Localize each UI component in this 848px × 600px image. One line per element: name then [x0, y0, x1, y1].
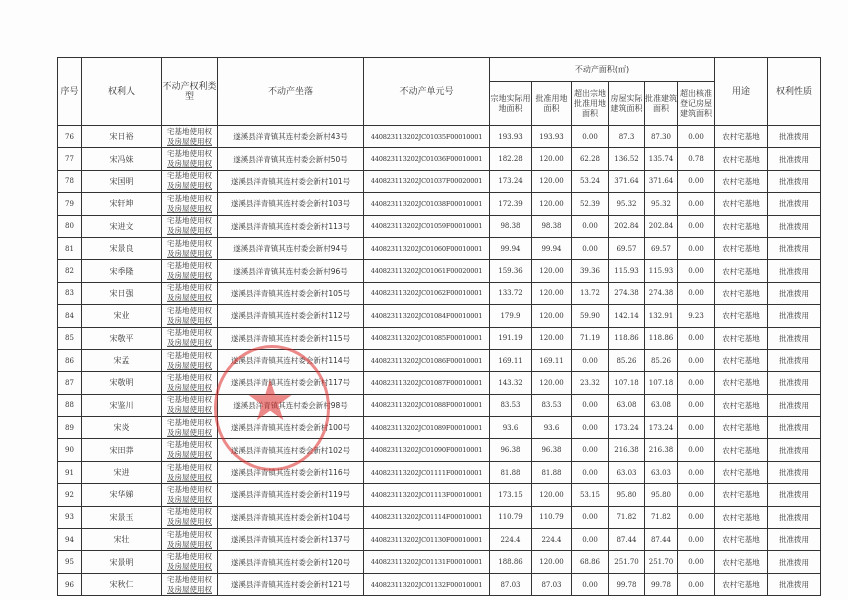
- cell-location: 遂溪县洋青镇其连村委会新村119号: [218, 484, 364, 506]
- cell-bldg-approved: 71.82: [645, 506, 678, 528]
- header-nature: 权利性质: [768, 58, 821, 126]
- right-type-line-2: 及房屋使用权: [162, 562, 217, 572]
- right-type-line-1: 宅基地使用权: [162, 306, 217, 316]
- cell-seq: 81: [58, 237, 82, 259]
- cell-land-approved: 193.93: [532, 126, 572, 148]
- cell-owner: 宋季隆: [82, 260, 162, 282]
- cell-right-type: 宅基地使用权 及房屋使用权: [162, 305, 218, 327]
- cell-right-type: 宅基地使用权 及房屋使用权: [162, 439, 218, 461]
- cell-nature: 批准拨用: [768, 327, 821, 349]
- cell-bldg-actual: 371.64: [609, 170, 645, 192]
- cell-seq: 78: [58, 170, 82, 192]
- right-type-line-2: 及房屋使用权: [162, 271, 217, 281]
- cell-seq: 76: [58, 126, 82, 148]
- right-type-line-2: 及房屋使用权: [162, 473, 217, 483]
- cell-usage: 农村宅基地: [715, 305, 768, 327]
- right-type-line-1: 宅基地使用权: [162, 395, 217, 405]
- cell-unit-no: 440823113202JC01035F00010001: [364, 126, 490, 148]
- cell-land-excess: 0.00: [572, 394, 609, 416]
- cell-owner: 宋壮: [82, 529, 162, 551]
- cell-unit-no: 440823113202JC01087F00010001: [364, 372, 490, 394]
- cell-right-type: 宅基地使用权 及房屋使用权: [162, 126, 218, 148]
- cell-seq: 92: [58, 484, 82, 506]
- cell-right-type: 宅基地使用权 及房屋使用权: [162, 506, 218, 528]
- header-land-approved: 批准用地面积: [532, 82, 572, 126]
- cell-land-approved: 120.00: [532, 484, 572, 506]
- cell-owner: 宋华娣: [82, 484, 162, 506]
- cell-land-excess: 23.32: [572, 372, 609, 394]
- cell-unit-no: 440823113202JC01038F00010001: [364, 193, 490, 215]
- cell-location: 遂溪县洋青镇其连村委会新村112号: [218, 305, 364, 327]
- cell-nature: 批准拨用: [768, 372, 821, 394]
- cell-unit-no: 440823113202JC01059F00010001: [364, 215, 490, 237]
- cell-usage: 农村宅基地: [715, 148, 768, 170]
- cell-bldg-approved: 115.93: [645, 260, 678, 282]
- cell-seq: 95: [58, 551, 82, 573]
- cell-bldg-excess: 0.00: [678, 439, 715, 461]
- cell-bldg-actual: 107.18: [609, 372, 645, 394]
- right-type-line-1: 宅基地使用权: [162, 485, 217, 495]
- cell-right-type: 宅基地使用权 及房屋使用权: [162, 484, 218, 506]
- cell-location: 遂溪县洋青镇其连村委会新村102号: [218, 439, 364, 461]
- cell-land-approved: 98.38: [532, 215, 572, 237]
- cell-usage: 农村宅基地: [715, 394, 768, 416]
- cell-bldg-excess: 0.00: [678, 461, 715, 483]
- cell-land-excess: 39.36: [572, 260, 609, 282]
- right-type-line-2: 及房屋使用权: [162, 405, 217, 415]
- table-row: 96 宋秋仁 宅基地使用权 及房屋使用权 遂溪县洋青镇其连村委会新村121号 4…: [58, 573, 821, 595]
- cell-owner: 宋炎: [82, 417, 162, 439]
- cell-owner: 宋景良: [82, 237, 162, 259]
- property-registry-table: 序号 权利人 不动产权利类型 不动产坐落 不动产单元号 不动产面积(㎡) 用途 …: [57, 57, 821, 596]
- cell-bldg-excess: 0.00: [678, 215, 715, 237]
- cell-seq: 83: [58, 282, 82, 304]
- cell-bldg-approved: 135.74: [645, 148, 678, 170]
- cell-bldg-actual: 115.93: [609, 260, 645, 282]
- right-type-line-2: 及房屋使用权: [162, 249, 217, 259]
- cell-land-actual: 193.93: [490, 126, 532, 148]
- cell-location: 遂溪县洋青镇其连村委会新村116号: [218, 461, 364, 483]
- cell-unit-no: 440823113202JC01114F00010001: [364, 506, 490, 528]
- cell-usage: 农村宅基地: [715, 349, 768, 371]
- cell-land-actual: 87.03: [490, 573, 532, 595]
- cell-bldg-actual: 71.82: [609, 506, 645, 528]
- cell-owner: 宋敬平: [82, 327, 162, 349]
- cell-right-type: 宅基地使用权 及房屋使用权: [162, 148, 218, 170]
- cell-land-actual: 143.32: [490, 372, 532, 394]
- cell-right-type: 宅基地使用权 及房屋使用权: [162, 372, 218, 394]
- cell-owner: 宋景明: [82, 551, 162, 573]
- right-type-line-1: 宅基地使用权: [162, 440, 217, 450]
- right-type-line-1: 宅基地使用权: [162, 328, 217, 338]
- cell-land-actual: 191.19: [490, 327, 532, 349]
- cell-unit-no: 440823113202JC01084F00010001: [364, 305, 490, 327]
- right-type-line-1: 宅基地使用权: [162, 418, 217, 428]
- right-type-line-1: 宅基地使用权: [162, 373, 217, 383]
- cell-right-type: 宅基地使用权 及房屋使用权: [162, 417, 218, 439]
- cell-bldg-excess: 0.00: [678, 573, 715, 595]
- cell-land-approved: 120.00: [532, 193, 572, 215]
- cell-right-type: 宅基地使用权 及房屋使用权: [162, 529, 218, 551]
- cell-land-approved: 120.00: [532, 372, 572, 394]
- cell-bldg-actual: 216.38: [609, 439, 645, 461]
- right-type-line-1: 宅基地使用权: [162, 351, 217, 361]
- cell-nature: 批准拨用: [768, 439, 821, 461]
- cell-bldg-excess: 0.00: [678, 417, 715, 439]
- cell-land-actual: 188.86: [490, 551, 532, 573]
- cell-location: 遂溪县洋青镇其连村委会新村43号: [218, 126, 364, 148]
- cell-seq: 88: [58, 394, 82, 416]
- cell-land-actual: 133.72: [490, 282, 532, 304]
- cell-bldg-excess: 0.00: [678, 529, 715, 551]
- cell-unit-no: 440823113202JC01130F00010001: [364, 529, 490, 551]
- cell-nature: 批准拨用: [768, 215, 821, 237]
- cell-seq: 93: [58, 506, 82, 528]
- cell-land-approved: 224.4: [532, 529, 572, 551]
- right-type-line-2: 及房屋使用权: [162, 383, 217, 393]
- cell-land-approved: 87.03: [532, 573, 572, 595]
- cell-land-approved: 99.94: [532, 237, 572, 259]
- cell-land-actual: 173.24: [490, 170, 532, 192]
- table-row: 92 宋华娣 宅基地使用权 及房屋使用权 遂溪县洋青镇其连村委会新村119号 4…: [58, 484, 821, 506]
- right-type-line-1: 宅基地使用权: [162, 261, 217, 271]
- cell-land-excess: 0.00: [572, 506, 609, 528]
- header-owner: 权利人: [82, 58, 162, 126]
- cell-location: 遂溪县洋青镇其连村委会新村117号: [218, 372, 364, 394]
- cell-unit-no: 440823113202JC01061F00020001: [364, 260, 490, 282]
- cell-location: 遂溪县洋青镇其连村委会新村115号: [218, 327, 364, 349]
- header-bldg-actual: 房屋实际建筑面积: [609, 82, 645, 126]
- cell-location: 遂溪县洋青镇其连村委会新村114号: [218, 349, 364, 371]
- table-row: 77 宋冯妹 宅基地使用权 及房屋使用权 遂溪县洋青镇其连村委会新村50号 44…: [58, 148, 821, 170]
- cell-nature: 批准拨用: [768, 148, 821, 170]
- cell-owner: 宋日裕: [82, 126, 162, 148]
- cell-bldg-excess: 0.00: [678, 282, 715, 304]
- right-type-line-2: 及房屋使用权: [162, 428, 217, 438]
- cell-bldg-actual: 85.26: [609, 349, 645, 371]
- cell-location: 遂溪县洋青镇其连村委会新村121号: [218, 573, 364, 595]
- right-type-line-1: 宅基地使用权: [162, 194, 217, 204]
- cell-usage: 农村宅基地: [715, 327, 768, 349]
- table-row: 86 宋孟 宅基地使用权 及房屋使用权 遂溪县洋青镇其连村委会新村114号 44…: [58, 349, 821, 371]
- cell-owner: 宋轩坤: [82, 193, 162, 215]
- cell-nature: 批准拨用: [768, 461, 821, 483]
- cell-nature: 批准拨用: [768, 237, 821, 259]
- cell-unit-no: 440823113202JC01089F00010001: [364, 417, 490, 439]
- cell-location: 遂溪县洋青镇其连村委会新村137号: [218, 529, 364, 551]
- cell-land-actual: 98.38: [490, 215, 532, 237]
- cell-nature: 批准拨用: [768, 126, 821, 148]
- cell-right-type: 宅基地使用权 及房屋使用权: [162, 237, 218, 259]
- cell-land-approved: 120.00: [532, 551, 572, 573]
- header-seq: 序号: [58, 58, 82, 126]
- table-row: 80 宋进文 宅基地使用权 及房屋使用权 遂溪县洋青镇其连村委会新村113号 4…: [58, 215, 821, 237]
- cell-bldg-approved: 132.91: [645, 305, 678, 327]
- right-type-line-1: 宅基地使用权: [162, 575, 217, 585]
- cell-land-excess: 0.00: [572, 417, 609, 439]
- cell-land-excess: 0.00: [572, 237, 609, 259]
- cell-right-type: 宅基地使用权 及房屋使用权: [162, 193, 218, 215]
- cell-right-type: 宅基地使用权 及房屋使用权: [162, 327, 218, 349]
- cell-usage: 农村宅基地: [715, 461, 768, 483]
- right-type-line-1: 宅基地使用权: [162, 171, 217, 181]
- cell-unit-no: 440823113202JC01088F00010001: [364, 394, 490, 416]
- table-row: 82 宋季隆 宅基地使用权 及房屋使用权 遂溪县洋青镇其连村委会新村96号 44…: [58, 260, 821, 282]
- table-body: 76 宋日裕 宅基地使用权 及房屋使用权 遂溪县洋青镇其连村委会新村43号 44…: [58, 126, 821, 596]
- cell-land-actual: 110.79: [490, 506, 532, 528]
- cell-nature: 批准拨用: [768, 551, 821, 573]
- cell-unit-no: 440823113202JC01085F00010001: [364, 327, 490, 349]
- cell-land-excess: 0.00: [572, 461, 609, 483]
- cell-nature: 批准拨用: [768, 529, 821, 551]
- cell-unit-no: 440823113202JC01132F00010001: [364, 573, 490, 595]
- cell-right-type: 宅基地使用权 及房屋使用权: [162, 573, 218, 595]
- right-type-line-2: 及房屋使用权: [162, 495, 217, 505]
- cell-right-type: 宅基地使用权 及房屋使用权: [162, 349, 218, 371]
- right-type-line-1: 宅基地使用权: [162, 149, 217, 159]
- table-row: 81 宋景良 宅基地使用权 及房屋使用权 遂溪县洋青镇其连村委会新村94号 44…: [58, 237, 821, 259]
- cell-bldg-approved: 99.78: [645, 573, 678, 595]
- cell-usage: 农村宅基地: [715, 506, 768, 528]
- cell-owner: 宋鉴川: [82, 394, 162, 416]
- cell-bldg-actual: 87.44: [609, 529, 645, 551]
- cell-owner: 宋冯妹: [82, 148, 162, 170]
- cell-land-actual: 224.4: [490, 529, 532, 551]
- right-type-line-1: 宅基地使用权: [162, 552, 217, 562]
- cell-land-actual: 96.38: [490, 439, 532, 461]
- cell-nature: 批准拨用: [768, 170, 821, 192]
- cell-usage: 农村宅基地: [715, 573, 768, 595]
- cell-bldg-approved: 107.18: [645, 372, 678, 394]
- cell-bldg-actual: 136.52: [609, 148, 645, 170]
- cell-right-type: 宅基地使用权 及房屋使用权: [162, 260, 218, 282]
- cell-bldg-approved: 87.44: [645, 529, 678, 551]
- cell-bldg-approved: 63.08: [645, 394, 678, 416]
- header-land-actual: 宗地实际用地面积: [490, 82, 532, 126]
- cell-bldg-approved: 85.26: [645, 349, 678, 371]
- right-type-line-2: 及房屋使用权: [162, 226, 217, 236]
- table-row: 95 宋景明 宅基地使用权 及房屋使用权 遂溪县洋青镇其连村委会新村120号 4…: [58, 551, 821, 573]
- header-land-excess: 超出宗地批准用地面积: [572, 82, 609, 126]
- cell-land-excess: 0.00: [572, 215, 609, 237]
- header-right-type: 不动产权利类型: [162, 58, 218, 126]
- cell-land-approved: 120.00: [532, 305, 572, 327]
- right-type-line-2: 及房屋使用权: [162, 293, 217, 303]
- cell-land-excess: 52.39: [572, 193, 609, 215]
- cell-right-type: 宅基地使用权 及房屋使用权: [162, 215, 218, 237]
- cell-bldg-approved: 95.32: [645, 193, 678, 215]
- cell-bldg-excess: 0.00: [678, 349, 715, 371]
- cell-seq: 80: [58, 215, 82, 237]
- cell-location: 遂溪县洋青镇其连村委会新村120号: [218, 551, 364, 573]
- cell-bldg-actual: 95.80: [609, 484, 645, 506]
- cell-seq: 94: [58, 529, 82, 551]
- cell-land-approved: 81.88: [532, 461, 572, 483]
- cell-land-excess: 62.28: [572, 148, 609, 170]
- right-type-line-1: 宅基地使用权: [162, 283, 217, 293]
- cell-unit-no: 440823113202JC01090F00010001: [364, 439, 490, 461]
- cell-seq: 96: [58, 573, 82, 595]
- right-type-line-1: 宅基地使用权: [162, 530, 217, 540]
- cell-location: 遂溪县洋青镇其连村委会新村104号: [218, 506, 364, 528]
- cell-right-type: 宅基地使用权 及房屋使用权: [162, 170, 218, 192]
- cell-seq: 82: [58, 260, 82, 282]
- right-type-line-2: 及房屋使用权: [162, 585, 217, 595]
- cell-land-actual: 173.15: [490, 484, 532, 506]
- cell-right-type: 宅基地使用权 及房屋使用权: [162, 461, 218, 483]
- cell-seq: 89: [58, 417, 82, 439]
- cell-owner: 宋日强: [82, 282, 162, 304]
- table-row: 84 宋业 宅基地使用权 及房屋使用权 遂溪县洋青镇其连村委会新村112号 44…: [58, 305, 821, 327]
- cell-land-excess: 0.00: [572, 529, 609, 551]
- cell-owner: 宋景玉: [82, 506, 162, 528]
- cell-land-excess: 53.15: [572, 484, 609, 506]
- cell-seq: 84: [58, 305, 82, 327]
- cell-bldg-excess: 0.00: [678, 193, 715, 215]
- table-row: 90 宋田莽 宅基地使用权 及房屋使用权 遂溪县洋青镇其连村委会新村102号 4…: [58, 439, 821, 461]
- cell-seq: 79: [58, 193, 82, 215]
- cell-location: 遂溪县洋青镇其连村委会新村101号: [218, 170, 364, 192]
- cell-seq: 86: [58, 349, 82, 371]
- cell-bldg-approved: 118.86: [645, 327, 678, 349]
- cell-bldg-excess: 0.00: [678, 506, 715, 528]
- table-row: 85 宋敬平 宅基地使用权 及房屋使用权 遂溪县洋青镇其连村委会新村115号 4…: [58, 327, 821, 349]
- cell-bldg-excess: 0.00: [678, 170, 715, 192]
- cell-unit-no: 440823113202JC01037F00020001: [364, 170, 490, 192]
- cell-land-approved: 120.00: [532, 170, 572, 192]
- cell-bldg-excess: 0.00: [678, 126, 715, 148]
- cell-land-excess: 53.24: [572, 170, 609, 192]
- cell-bldg-excess: 0.00: [678, 260, 715, 282]
- cell-land-approved: 110.79: [532, 506, 572, 528]
- cell-nature: 批准拨用: [768, 282, 821, 304]
- cell-usage: 农村宅基地: [715, 282, 768, 304]
- cell-bldg-excess: 0.78: [678, 148, 715, 170]
- right-type-line-1: 宅基地使用权: [162, 507, 217, 517]
- right-type-line-2: 及房屋使用权: [162, 517, 217, 527]
- header-location: 不动产坐落: [218, 58, 364, 126]
- cell-land-actual: 83.53: [490, 394, 532, 416]
- cell-right-type: 宅基地使用权 及房屋使用权: [162, 551, 218, 573]
- cell-seq: 85: [58, 327, 82, 349]
- table-row: 88 宋鉴川 宅基地使用权 及房屋使用权 遂溪县洋青镇其连村委会新村98号 44…: [58, 394, 821, 416]
- right-type-line-2: 及房屋使用权: [162, 361, 217, 371]
- right-type-line-2: 及房屋使用权: [162, 159, 217, 169]
- cell-right-type: 宅基地使用权 及房屋使用权: [162, 282, 218, 304]
- cell-bldg-excess: 0.00: [678, 237, 715, 259]
- cell-owner: 宋敬明: [82, 372, 162, 394]
- cell-bldg-approved: 274.38: [645, 282, 678, 304]
- cell-bldg-actual: 142.14: [609, 305, 645, 327]
- header-bldg-excess: 超出核准登记房屋建筑面积: [678, 82, 715, 126]
- cell-owner: 宋进: [82, 461, 162, 483]
- cell-unit-no: 440823113202JC01113F00010001: [364, 484, 490, 506]
- cell-bldg-excess: 0.00: [678, 327, 715, 349]
- cell-unit-no: 440823113202JC01062F00010001: [364, 282, 490, 304]
- cell-owner: 宋国明: [82, 170, 162, 192]
- cell-land-approved: 120.00: [532, 148, 572, 170]
- cell-bldg-actual: 251.70: [609, 551, 645, 573]
- right-type-line-2: 及房屋使用权: [162, 181, 217, 191]
- table-row: 78 宋国明 宅基地使用权 及房屋使用权 遂溪县洋青镇其连村委会新村101号 4…: [58, 170, 821, 192]
- cell-nature: 批准拨用: [768, 573, 821, 595]
- cell-land-excess: 71.19: [572, 327, 609, 349]
- cell-land-excess: 13.72: [572, 282, 609, 304]
- cell-owner: 宋进文: [82, 215, 162, 237]
- cell-bldg-actual: 63.03: [609, 461, 645, 483]
- header-usage: 用途: [715, 58, 768, 126]
- table-row: 76 宋日裕 宅基地使用权 及房屋使用权 遂溪县洋青镇其连村委会新村43号 44…: [58, 126, 821, 148]
- cell-usage: 农村宅基地: [715, 417, 768, 439]
- cell-land-actual: 182.28: [490, 148, 532, 170]
- cell-bldg-approved: 202.84: [645, 215, 678, 237]
- cell-bldg-excess: 0.00: [678, 372, 715, 394]
- cell-land-approved: 96.38: [532, 439, 572, 461]
- right-type-line-2: 及房屋使用权: [162, 338, 217, 348]
- cell-usage: 农村宅基地: [715, 372, 768, 394]
- cell-usage: 农村宅基地: [715, 193, 768, 215]
- cell-seq: 90: [58, 439, 82, 461]
- cell-bldg-approved: 371.64: [645, 170, 678, 192]
- document-page: 序号 权利人 不动产权利类型 不动产坐落 不动产单元号 不动产面积(㎡) 用途 …: [0, 0, 848, 600]
- cell-land-approved: 169.11: [532, 349, 572, 371]
- cell-bldg-actual: 173.24: [609, 417, 645, 439]
- right-type-line-2: 及房屋使用权: [162, 204, 217, 214]
- cell-land-excess: 0.00: [572, 349, 609, 371]
- cell-unit-no: 440823113202JC01111F00010001: [364, 461, 490, 483]
- cell-usage: 农村宅基地: [715, 439, 768, 461]
- cell-seq: 91: [58, 461, 82, 483]
- cell-usage: 农村宅基地: [715, 529, 768, 551]
- right-type-line-2: 及房屋使用权: [162, 540, 217, 550]
- cell-land-approved: 93.6: [532, 417, 572, 439]
- cell-usage: 农村宅基地: [715, 551, 768, 573]
- cell-bldg-approved: 63.03: [645, 461, 678, 483]
- cell-bldg-actual: 118.86: [609, 327, 645, 349]
- right-type-line-1: 宅基地使用权: [162, 127, 217, 137]
- cell-nature: 批准拨用: [768, 260, 821, 282]
- cell-nature: 批准拨用: [768, 305, 821, 327]
- cell-bldg-actual: 99.78: [609, 573, 645, 595]
- cell-location: 遂溪县洋青镇其连村委会新村50号: [218, 148, 364, 170]
- right-type-line-2: 及房屋使用权: [162, 137, 217, 147]
- cell-right-type: 宅基地使用权 及房屋使用权: [162, 394, 218, 416]
- table-row: 93 宋景玉 宅基地使用权 及房屋使用权 遂溪县洋青镇其连村委会新村104号 4…: [58, 506, 821, 528]
- cell-bldg-actual: 69.57: [609, 237, 645, 259]
- cell-land-excess: 0.00: [572, 126, 609, 148]
- cell-bldg-excess: 0.00: [678, 551, 715, 573]
- cell-land-actual: 81.88: [490, 461, 532, 483]
- right-type-line-1: 宅基地使用权: [162, 216, 217, 226]
- right-type-line-2: 及房屋使用权: [162, 316, 217, 326]
- cell-bldg-approved: 87.30: [645, 126, 678, 148]
- cell-location: 遂溪县洋青镇其连村委会新村98号: [218, 394, 364, 416]
- table-row: 89 宋炎 宅基地使用权 及房屋使用权 遂溪县洋青镇其连村委会新村100号 44…: [58, 417, 821, 439]
- cell-usage: 农村宅基地: [715, 260, 768, 282]
- cell-owner: 宋田莽: [82, 439, 162, 461]
- cell-usage: 农村宅基地: [715, 484, 768, 506]
- cell-land-excess: 59.90: [572, 305, 609, 327]
- header-area-group: 不动产面积(㎡): [490, 58, 715, 82]
- cell-land-excess: 68.86: [572, 551, 609, 573]
- table-row: 94 宋壮 宅基地使用权 及房屋使用权 遂溪县洋青镇其连村委会新村137号 44…: [58, 529, 821, 551]
- table-row: 91 宋进 宅基地使用权 及房屋使用权 遂溪县洋青镇其连村委会新村116号 44…: [58, 461, 821, 483]
- cell-bldg-approved: 95.80: [645, 484, 678, 506]
- cell-location: 遂溪县洋青镇其连村委会新村103号: [218, 193, 364, 215]
- cell-location: 遂溪县洋青镇其连村委会新村105号: [218, 282, 364, 304]
- cell-bldg-approved: 251.70: [645, 551, 678, 573]
- cell-land-actual: 169.11: [490, 349, 532, 371]
